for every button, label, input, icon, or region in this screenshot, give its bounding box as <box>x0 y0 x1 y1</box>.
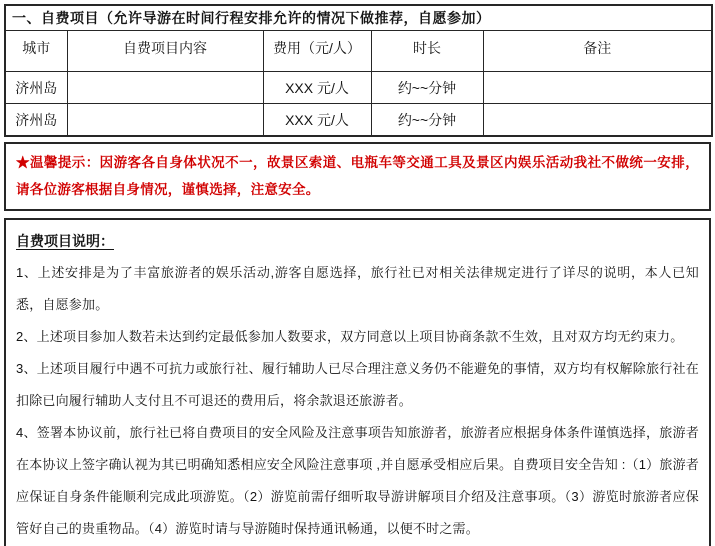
note-item-2: 2、上述项目参加人数若未达到约定最低参加人数要求，双方同意以上项目协商条款不生效… <box>16 321 699 353</box>
table-header-row: 城市 自费项目内容 费用（元/人） 时长 备注 <box>5 31 712 72</box>
cell-duration: 约~~分钟 <box>371 72 483 104</box>
col-header-content: 自费项目内容 <box>67 31 263 72</box>
note-item-1: 1、上述安排是为了丰富旅游者的娱乐活动,游客自愿选择，旅行社已对相关法律规定进行… <box>16 257 699 321</box>
table-title-row: 一、自费项目（允许导游在时间行程安排允许的情况下做推荐，自愿参加） <box>5 5 712 31</box>
cell-city: 济州岛 <box>5 104 67 137</box>
self-paid-items-document: 一、自费项目（允许导游在时间行程安排允许的情况下做推荐，自愿参加） 城市 自费项… <box>0 0 715 546</box>
notes-heading: 自费项目说明： <box>16 225 699 257</box>
col-header-fee: 费用（元/人） <box>263 31 371 72</box>
table-title: 一、自费项目（允许导游在时间行程安排允许的情况下做推荐，自愿参加） <box>5 5 712 31</box>
col-header-note: 备注 <box>483 31 712 72</box>
cell-note <box>483 72 712 104</box>
cell-fee: XXX 元/人 <box>263 72 371 104</box>
note-item-3: 3、上述项目履行中遇不可抗力或旅行社、履行辅助人已尽合理注意义务仍不能避免的事情… <box>16 353 699 417</box>
col-header-city: 城市 <box>5 31 67 72</box>
cell-content <box>67 72 263 104</box>
cell-note <box>483 104 712 137</box>
cell-city: 济州岛 <box>5 72 67 104</box>
col-header-duration: 时长 <box>371 31 483 72</box>
cell-fee: XXX 元/人 <box>263 104 371 137</box>
note-item-4: 4、签署本协议前，旅行社已将自费项目的安全风险及注意事项告知旅游者，旅游者应根据… <box>16 417 699 545</box>
cell-duration: 约~~分钟 <box>371 104 483 137</box>
notes-section: 自费项目说明： 1、上述安排是为了丰富旅游者的娱乐活动,游客自愿选择，旅行社已对… <box>4 218 711 546</box>
table-row: 济州岛 XXX 元/人 约~~分钟 <box>5 104 712 137</box>
self-paid-items-table: 一、自费项目（允许导游在时间行程安排允许的情况下做推荐，自愿参加） 城市 自费项… <box>4 4 713 137</box>
table-row: 济州岛 XXX 元/人 约~~分钟 <box>5 72 712 104</box>
cell-content <box>67 104 263 137</box>
warning-notice: ★温馨提示：因游客各自身体状况不一，故景区索道、电瓶车等交通工具及景区内娱乐活动… <box>4 142 711 211</box>
